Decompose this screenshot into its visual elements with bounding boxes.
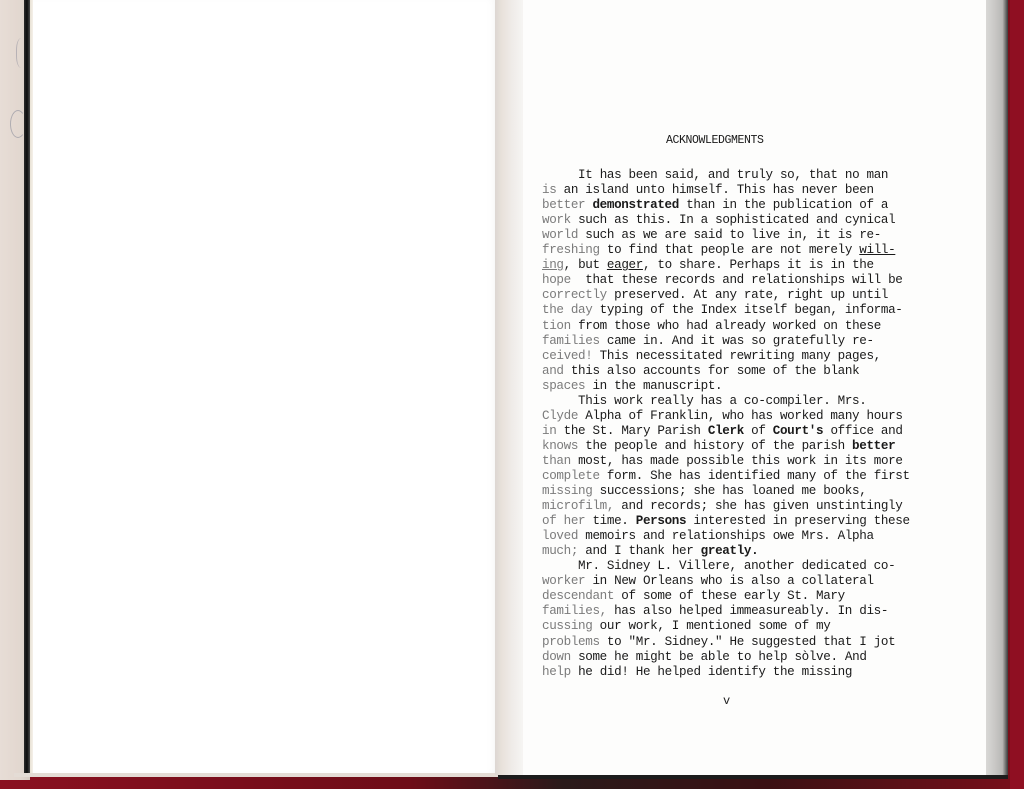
text-line: families, has also helped immeasureably.… — [542, 604, 962, 619]
text-line: This work really has a co-compiler. Mrs. — [542, 394, 962, 409]
text-line: of her time. Persons interested in prese… — [542, 514, 962, 529]
text-line: loved memoirs and relationships owe Mrs.… — [542, 529, 962, 544]
text-line: world such as we are said to live in, it… — [542, 228, 962, 243]
text-line: than most, has made possible this work i… — [542, 454, 962, 469]
body-text: It has been said, and truly so, that no … — [542, 168, 962, 680]
text-line: It has been said, and truly so, that no … — [542, 168, 962, 183]
text-line: Clyde Alpha of Franklin, who has worked … — [542, 409, 962, 424]
text-line: microfilm, and records; she has given un… — [542, 499, 962, 514]
text-line: families came in. And it was so grateful… — [542, 334, 962, 349]
text-line: down some he might be able to help sòlve… — [542, 650, 962, 665]
left-page-blank — [33, 0, 495, 773]
text-line: cussing our work, I mentioned some of my — [542, 619, 962, 634]
acknowledgments-text: ACKNOWLEDGMENTS It has been said, and tr… — [542, 133, 962, 680]
text-line: hope that these records and relationship… — [542, 273, 962, 288]
text-line: spaces in the manuscript. — [542, 379, 962, 394]
text-line: missing successions; she has loaned me b… — [542, 484, 962, 499]
book-cover-right — [1010, 0, 1024, 789]
text-line: and this also accounts for some of the b… — [542, 364, 962, 379]
text-line: work such as this. In a sophisticated an… — [542, 213, 962, 228]
text-line: complete form. She has identified many o… — [542, 469, 962, 484]
text-line: correctly preserved. At any rate, right … — [542, 288, 962, 303]
text-line: in the St. Mary Parish Clerk of Court's … — [542, 424, 962, 439]
book-gutter — [495, 0, 523, 775]
text-line: is an island unto himself. This has neve… — [542, 183, 962, 198]
text-line: help he did! He helped identify the miss… — [542, 665, 962, 680]
text-line: better demonstrated than in the publicat… — [542, 198, 962, 213]
text-line: ing, but eager, to share. Perhaps it is … — [542, 258, 962, 273]
text-line: tion from those who had already worked o… — [542, 319, 962, 334]
right-page-stack-edge — [986, 0, 1008, 775]
text-line: ceived! This necessitated rewriting many… — [542, 349, 962, 364]
right-page-bottom-shadow — [498, 775, 1008, 779]
text-line: worker in New Orleans who is also a coll… — [542, 574, 962, 589]
text-line: the day typing of the Index itself began… — [542, 303, 962, 318]
text-line: much; and I thank her greatly. — [542, 544, 962, 559]
left-page-bottom-edge — [14, 773, 499, 777]
text-line: problems to "Mr. Sidney." He suggested t… — [542, 635, 962, 650]
text-line: knows the people and history of the pari… — [542, 439, 962, 454]
text-line: descendant of some of these early St. Ma… — [542, 589, 962, 604]
page-number: v — [723, 694, 730, 708]
text-line: freshing to find that people are not mer… — [542, 243, 962, 258]
text-line: Mr. Sidney L. Villere, another dedicated… — [542, 559, 962, 574]
page-title: ACKNOWLEDGMENTS — [542, 133, 962, 148]
